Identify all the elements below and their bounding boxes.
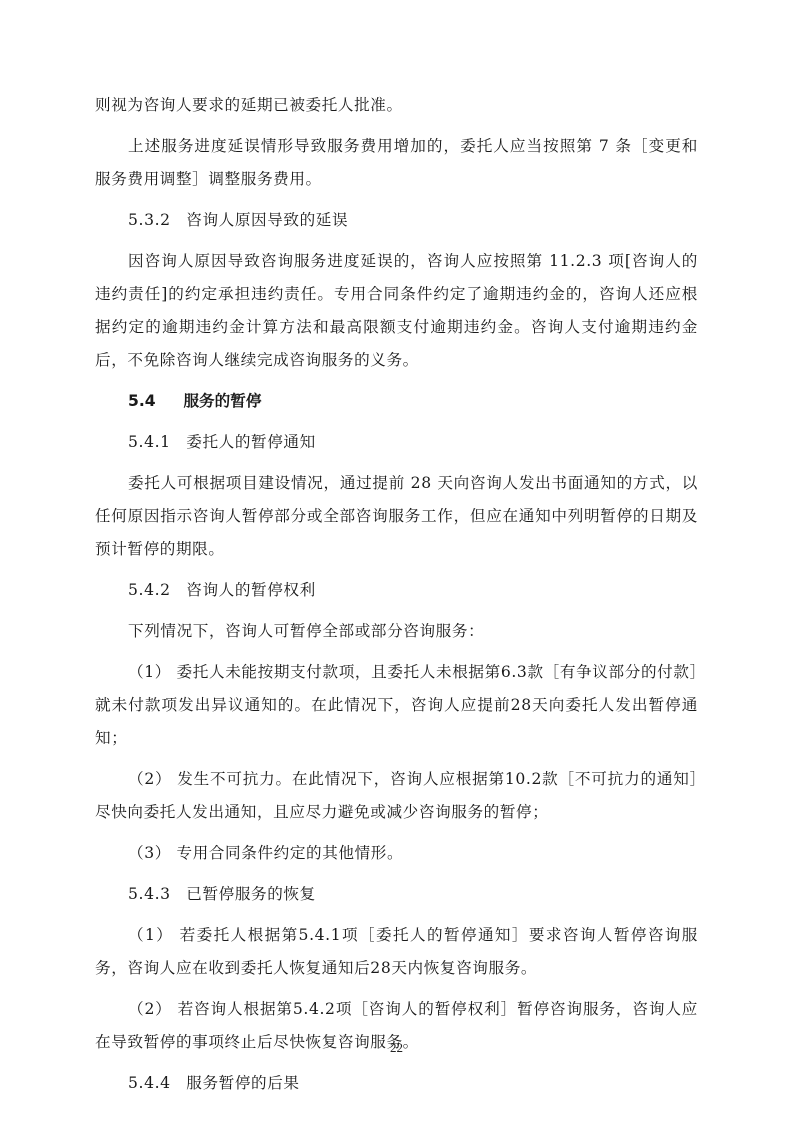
paragraph-consultant-delay: 因咨询人原因导致咨询服务进度延误的，咨询人应按照第 11.2.3 项[咨询人的违… xyxy=(95,245,698,377)
section-number: 5.4.3 xyxy=(128,885,171,903)
section-title: 咨询人的暂停权利 xyxy=(186,581,316,599)
subheading-5-4-4: 5.4.4 服务暂停的后果 xyxy=(95,1067,698,1100)
page-number: 22 xyxy=(0,1040,793,1056)
section-number: 5.4.2 xyxy=(128,581,171,599)
section-number: 5.4.1 xyxy=(128,433,171,451)
section-title: 委托人的暂停通知 xyxy=(186,433,316,451)
list-item-1: （1） 委托人未能按期支付款项，且委托人未根据第6.3款［有争议部分的付款］就未… xyxy=(95,656,698,755)
section-title: 已暂停服务的恢复 xyxy=(186,885,316,903)
paragraph-suspension-notice: 委托人可根据项目建设情况，通过提前 28 天向咨询人发出书面通知的方式，以任何原… xyxy=(95,467,698,566)
heading-5-4: 5.4 服务的暂停 xyxy=(95,385,698,418)
paragraph-fee-adjustment: 上述服务进度延误情形导致服务费用增加的，委托人应当按照第 7 条［变更和服务费用… xyxy=(95,130,698,196)
document-page: 则视为咨询人要求的延期已被委托人批准。 上述服务进度延误情形导致服务费用增加的，… xyxy=(95,89,698,1108)
subheading-5-4-2: 5.4.2 咨询人的暂停权利 xyxy=(95,574,698,607)
section-title: 服务暂停的后果 xyxy=(186,1074,299,1092)
list-item-3: （3） 专用合同条件约定的其他情形。 xyxy=(95,837,698,870)
paragraph-suspension-conditions: 下列情况下，咨询人可暂停全部或部分咨询服务： xyxy=(95,615,698,648)
subheading-5-4-1: 5.4.1 委托人的暂停通知 xyxy=(95,426,698,459)
section-title: 咨询人原因导致的延误 xyxy=(186,211,348,229)
resume-item-1: （1） 若委托人根据第5.4.1项［委托人的暂停通知］要求咨询人暂停咨询服务，咨… xyxy=(95,919,698,985)
section-number: 5.3.2 xyxy=(128,211,171,229)
paragraph-approval: 则视为咨询人要求的延期已被委托人批准。 xyxy=(95,89,698,122)
section-title: 服务的暂停 xyxy=(183,392,261,410)
list-item-2: （2） 发生不可抗力。在此情况下，咨询人应根据第10.2款［不可抗力的通知］尽快… xyxy=(95,763,698,829)
section-number: 5.4 xyxy=(128,385,178,418)
subheading-5-4-3: 5.4.3 已暂停服务的恢复 xyxy=(95,878,698,911)
subheading-5-3-2: 5.3.2 咨询人原因导致的延误 xyxy=(95,204,698,237)
section-number: 5.4.4 xyxy=(128,1074,171,1092)
